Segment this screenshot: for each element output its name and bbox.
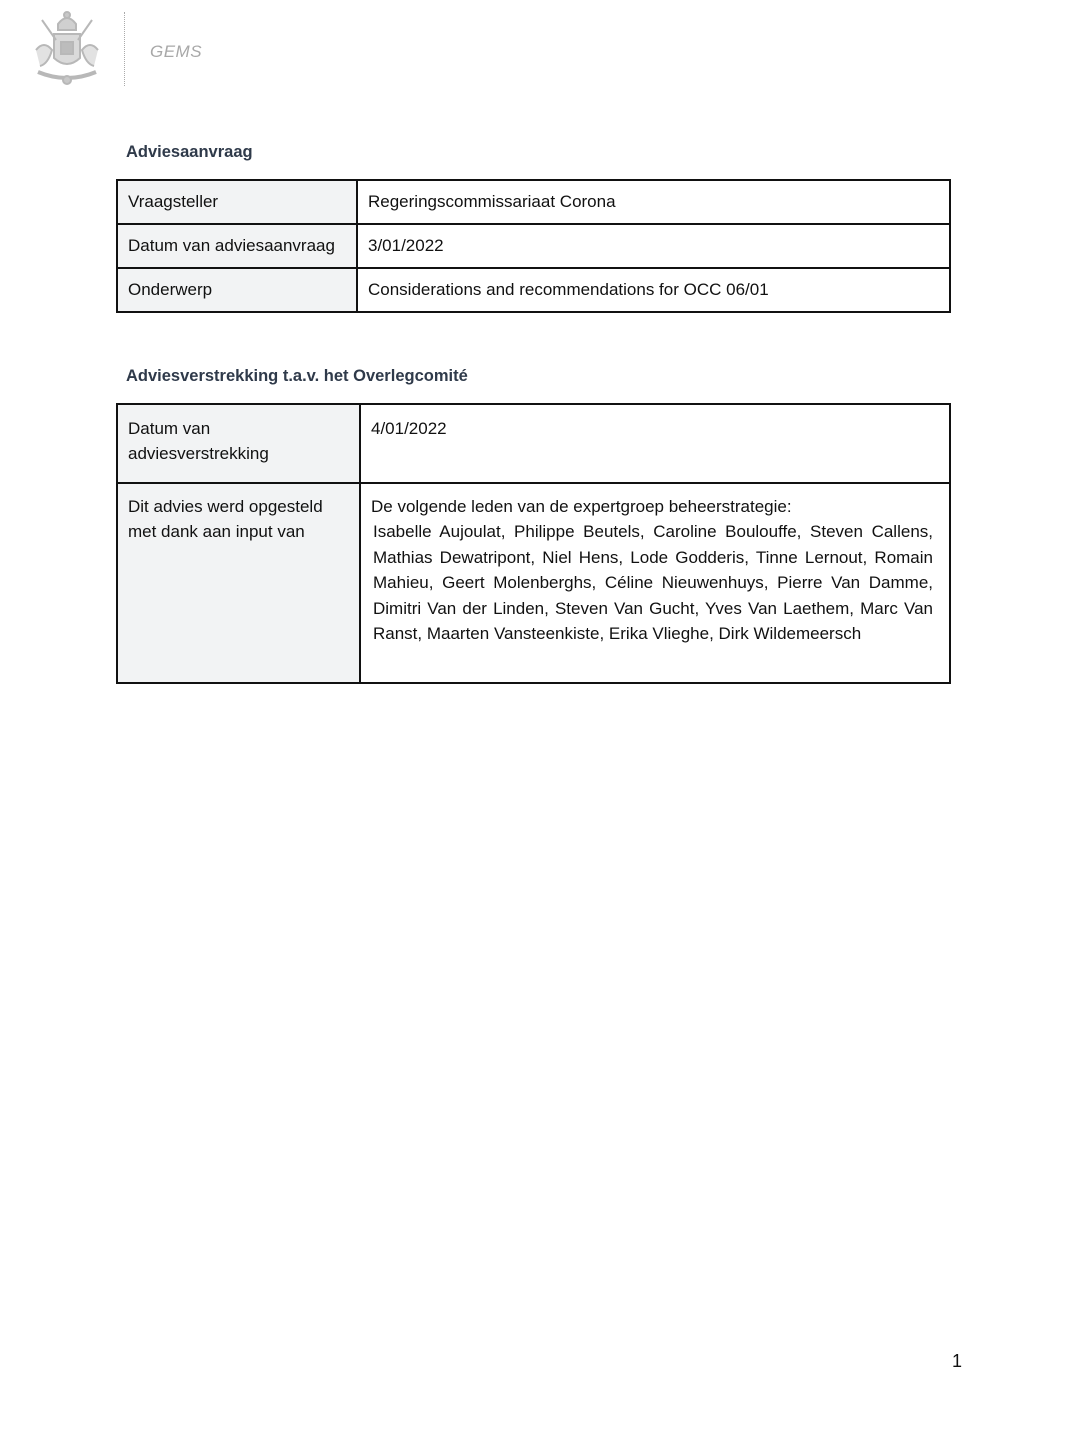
row-value: 4/01/2022 <box>360 404 950 483</box>
page-number: 1 <box>952 1351 962 1372</box>
section-heading-adviesverstrekking: Adviesverstrekking t.a.v. het Overlegcom… <box>126 367 468 386</box>
row-value: 3/01/2022 <box>357 224 950 268</box>
header-divider <box>124 12 125 86</box>
row-label: Datum van adviesaanvraag <box>117 224 357 268</box>
row-value: Considerations and recommendations for O… <box>357 268 950 312</box>
advice-info-table: Datum van adviesverstrekking 4/01/2022 D… <box>116 403 951 684</box>
section-heading-adviesaanvraag: Adviesaanvraag <box>126 143 253 162</box>
table-row: Vraagsteller Regeringscommissariaat Coro… <box>117 180 950 224</box>
row-label: Datum van adviesverstrekking <box>117 404 360 483</box>
row-value: De volgende leden van de expertgroep beh… <box>360 483 950 683</box>
row-label: Dit advies werd opgesteld met dank aan i… <box>117 483 360 683</box>
coat-of-arms-logo-icon <box>30 10 104 90</box>
request-info-table: Vraagsteller Regeringscommissariaat Coro… <box>116 179 951 313</box>
members-list: Isabelle Aujoulat, Philippe Beutels, Car… <box>371 519 939 646</box>
organization-name: GEMS <box>150 42 202 62</box>
row-label: Onderwerp <box>117 268 357 312</box>
row-label: Vraagsteller <box>117 180 357 224</box>
table-row: Onderwerp Considerations and recommendat… <box>117 268 950 312</box>
table-row: Datum van adviesaanvraag 3/01/2022 <box>117 224 950 268</box>
members-intro: De volgende leden van de expertgroep beh… <box>371 494 939 519</box>
row-value: Regeringscommissariaat Corona <box>357 180 950 224</box>
table-row: Datum van adviesverstrekking 4/01/2022 <box>117 404 950 483</box>
table-row: Dit advies werd opgesteld met dank aan i… <box>117 483 950 683</box>
